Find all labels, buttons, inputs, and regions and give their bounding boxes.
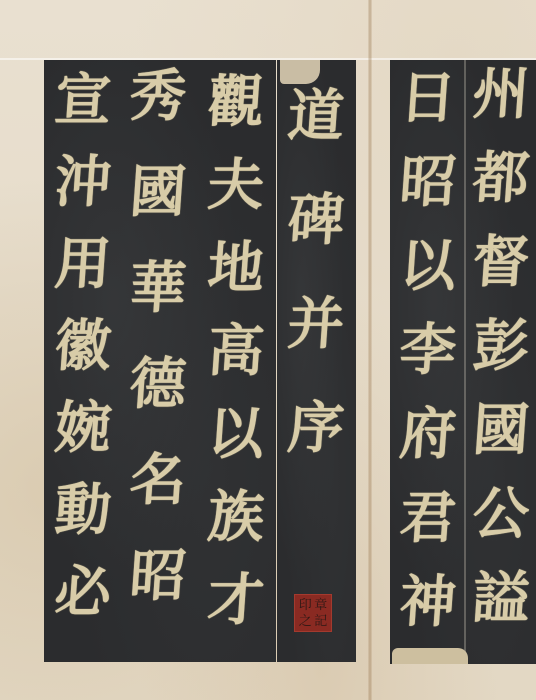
char: 華 [128, 260, 188, 316]
left-column-3: 秀 國 華 德 名 昭 [122, 68, 194, 604]
char: 國 [128, 164, 188, 220]
char: 公 [471, 486, 531, 542]
char: 地 [206, 240, 266, 296]
char: 宣 [53, 72, 113, 128]
char: 以 [398, 238, 458, 294]
char: 德 [128, 356, 188, 412]
seal-char: 之 [298, 614, 313, 629]
char: 州 [471, 66, 531, 122]
char: 動 [53, 482, 113, 538]
char: 才 [206, 572, 266, 628]
char: 沖 [53, 154, 113, 210]
left-column-2: 觀 夫 地 高 以 族 才 [198, 74, 274, 628]
page-fold-crease [368, 0, 372, 700]
char: 日 [398, 70, 458, 126]
char: 碑 [286, 192, 346, 248]
char: 并 [286, 296, 346, 352]
red-seal-stamp: 印 章 之 記 [294, 594, 332, 632]
char: 神 [398, 574, 458, 630]
seal-char: 記 [314, 614, 329, 629]
char: 夫 [206, 157, 266, 213]
char: 昭 [398, 154, 458, 210]
char: 昭 [128, 548, 188, 604]
char: 名 [128, 452, 188, 508]
char: 秀 [128, 68, 188, 124]
seal-char: 印 [298, 598, 313, 613]
char: 必 [53, 564, 113, 620]
char: 李 [398, 322, 458, 378]
char: 族 [206, 489, 266, 545]
char: 以 [206, 406, 266, 462]
worn-edge [392, 648, 468, 664]
left-column-4: 宣 沖 用 徽 婉 動 必 [46, 72, 120, 620]
char: 督 [471, 234, 531, 290]
char: 道 [286, 88, 346, 144]
char: 用 [53, 236, 113, 292]
char: 府 [398, 406, 458, 462]
char: 國 [471, 402, 531, 458]
char: 謚 [471, 570, 531, 626]
char: 彭 [471, 318, 531, 374]
right-column-2: 日 昭 以 李 府 君 神 [392, 70, 464, 630]
char: 都 [471, 150, 531, 206]
seal-char: 章 [314, 598, 329, 613]
left-column-1: 道 碑 并 序 [280, 88, 352, 456]
char: 序 [286, 400, 346, 456]
torn-paper-patch [280, 60, 320, 84]
char: 高 [206, 323, 266, 379]
char: 君 [398, 490, 458, 546]
right-column-1: 州 都 督 彭 國 公 謚 [466, 66, 536, 626]
char: 觀 [206, 74, 266, 130]
char: 徽 [53, 318, 113, 374]
char: 婉 [53, 400, 113, 456]
